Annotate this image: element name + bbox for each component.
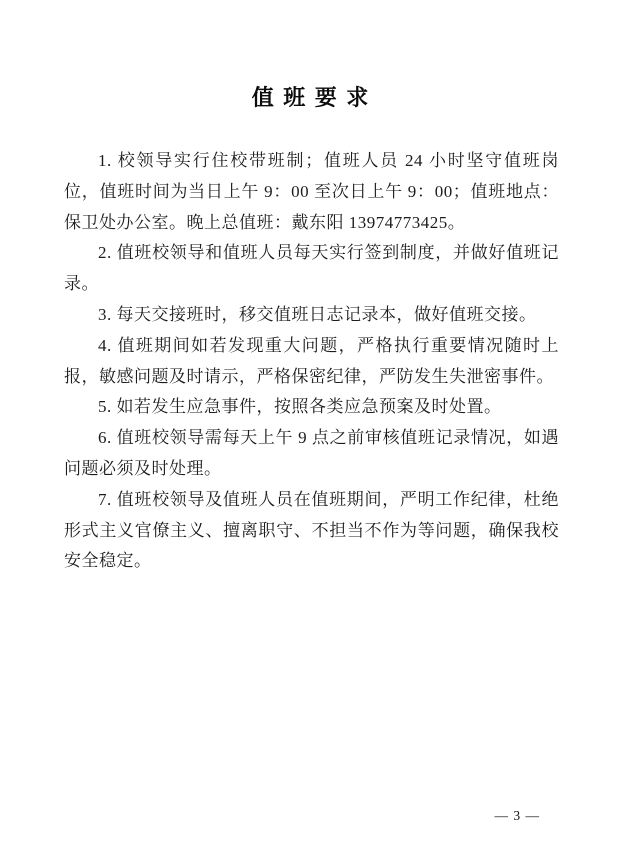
document-title: 值 班 要 求 — [0, 0, 622, 112]
paragraph-7: 7. 值班校领导及值班人员在值班期间，严明工作纪律，杜绝形式主义官僚主义、擅离职… — [64, 485, 559, 577]
paragraph-3: 3. 每天交接班时，移交值班日志记录本，做好值班交接。 — [64, 300, 559, 331]
document-page: 值 班 要 求 1. 校领导实行住校带班制；值班人员 24 小时坚守值班岗位，值… — [0, 0, 622, 867]
paragraph-2: 2. 值班校领导和值班人员每天实行签到制度，并做好值班记录。 — [64, 238, 559, 300]
paragraph-4: 4. 值班期间如若发现重大问题，严格执行重要情况随时上报，敏感问题及时请示，严格… — [64, 331, 559, 393]
paragraph-1: 1. 校领导实行住校带班制；值班人员 24 小时坚守值班岗位，值班时间为当日上午… — [64, 146, 559, 238]
paragraph-5: 5. 如若发生应急事件，按照各类应急预案及时处置。 — [64, 392, 559, 423]
paragraph-6: 6. 值班校领导需每天上午 9 点之前审核值班记录情况，如遇问题必须及时处理。 — [64, 423, 559, 485]
document-body: 1. 校领导实行住校带班制；值班人员 24 小时坚守值班岗位，值班时间为当日上午… — [0, 146, 622, 577]
page-number: — 3 — — [495, 808, 541, 824]
